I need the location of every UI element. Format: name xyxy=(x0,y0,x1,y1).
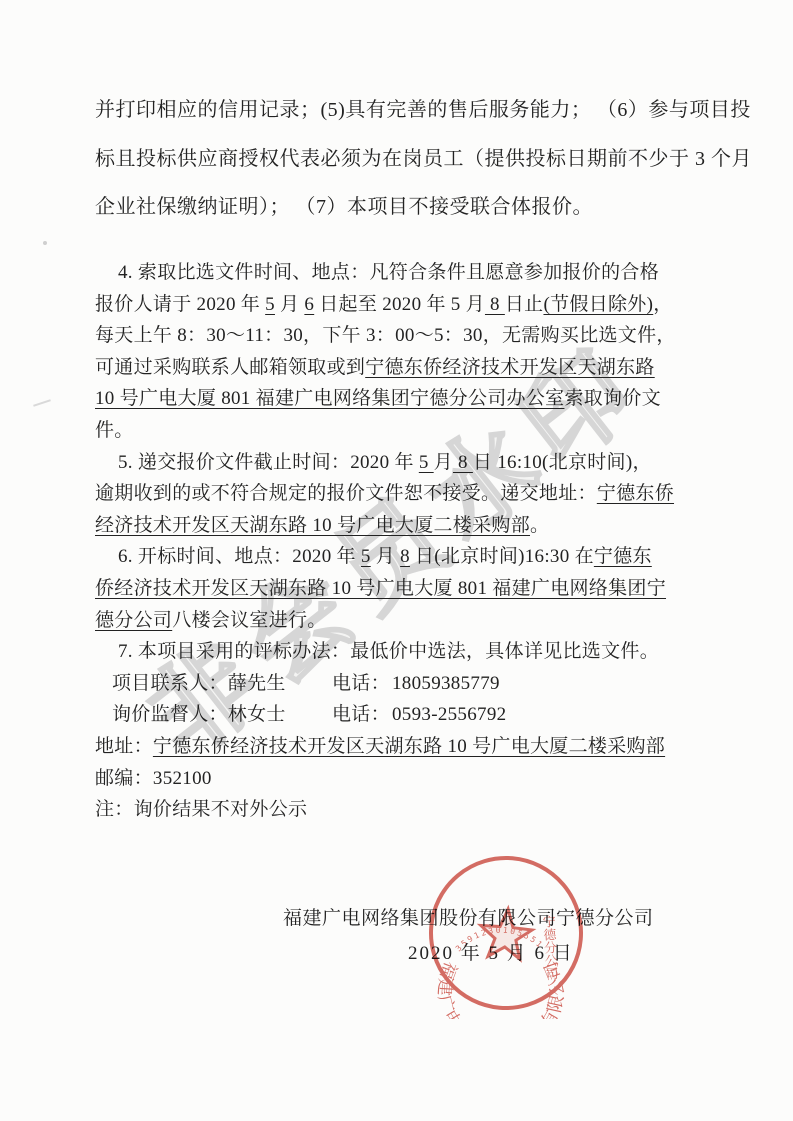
section-6-line: 6. 开标时间、地点：2020 年 5 月 8 日(北京时间)16:30 在宁德… xyxy=(95,541,713,573)
address-value: 宁德东侨经济技术开发区天湖东路 10 号广电大厦二楼采购部 xyxy=(153,736,665,757)
company-seal: 福建广电网络集团股份有限公司 宁德分公司 3591230105551 xyxy=(424,851,588,1019)
scan-speck xyxy=(43,241,47,245)
address-line: 地址：宁德东侨经济技术开发区天湖东路 10 号广电大厦二楼采购部 xyxy=(95,731,713,763)
doc-line: 标且投标供应商授权代表必须为在岗员工（提供投标日期前不少于 3 个月 xyxy=(95,135,715,184)
main-body: 4. 索取比选文件时间、地点：凡符合条件且愿意参加报价的合格 报价人请于 202… xyxy=(95,257,713,826)
section-4-line: 4. 索取比选文件时间、地点：凡符合条件且愿意参加报价的合格 xyxy=(95,257,713,289)
section-5-line: 经济技术开发区天湖东路 10 号广电大厦二楼采购部。 xyxy=(95,510,713,542)
doc-line: 并打印相应的信用记录；(5)具有完善的售后服务能力； （6）参与项目投 xyxy=(95,86,715,135)
section-5-line: 逾期收到的或不符合规定的报价文件恕不接受。递交地址：宁德东侨 xyxy=(95,478,713,510)
section-6-line: 德分公司八楼会议室进行。 xyxy=(95,605,713,637)
scan-speck xyxy=(33,399,51,406)
phone-number: 18059385779 xyxy=(392,668,500,700)
section-6-line: 侨经济技术开发区天湖东路 10 号广电大厦 801 福建广电网络集团宁 xyxy=(95,573,713,605)
section-4-line: 件。 xyxy=(95,415,713,447)
phone-label: 电话： xyxy=(332,699,392,731)
doc-line: 企业社保缴纳证明）； （7）本项目不接受联合体报价。 xyxy=(95,183,715,232)
phone-label: 电话： xyxy=(332,668,392,700)
contact-name: 项目联系人：薛先生 xyxy=(112,668,332,700)
scanned-document-page: 非会员水印 并打印相应的信用记录；(5)具有完善的售后服务能力； （6）参与项目… xyxy=(0,0,793,1121)
note-line: 注：询价结果不对外公示 xyxy=(95,794,713,826)
section-7-line: 7. 本项目采用的评标办法：最低价中选法，具体详见比选文件。 xyxy=(95,636,713,668)
section-4-line: 10 号广电大厦 801 福建广电网络集团宁德分公司办公室索取询价文 xyxy=(95,383,713,415)
section-4-line: 每天上午 8：30～11：30，下午 3：00～5：30，无需购买比选文件， xyxy=(95,320,713,352)
phone-number: 0593-2556792 xyxy=(392,699,506,731)
intro-paragraph: 并打印相应的信用记录；(5)具有完善的售后服务能力； （6）参与项目投 标且投标… xyxy=(95,86,715,232)
contact-name: 询价监督人：林女士 xyxy=(112,699,332,731)
address-label: 地址： xyxy=(95,736,153,757)
contact-row: 项目联系人：薛先生 电话： 18059385779 xyxy=(95,668,713,700)
section-4-line: 可通过采购联系人邮箱领取或到宁德东侨经济技术开发区天湖东路 xyxy=(95,352,713,384)
section-5-line: 5. 递交报价文件截止时间：2020 年 5 月 8 日 16:10(北京时间)… xyxy=(95,447,713,479)
section-4-line: 报价人请于 2020 年 5 月 6 日起至 2020 年 5 月 8 日止(节… xyxy=(95,289,713,321)
postcode-line: 邮编：352100 xyxy=(95,763,713,795)
contact-row: 询价监督人：林女士 电话： 0593-2556792 xyxy=(95,699,713,731)
seal-branch-text: 宁德分公司 xyxy=(540,915,558,981)
